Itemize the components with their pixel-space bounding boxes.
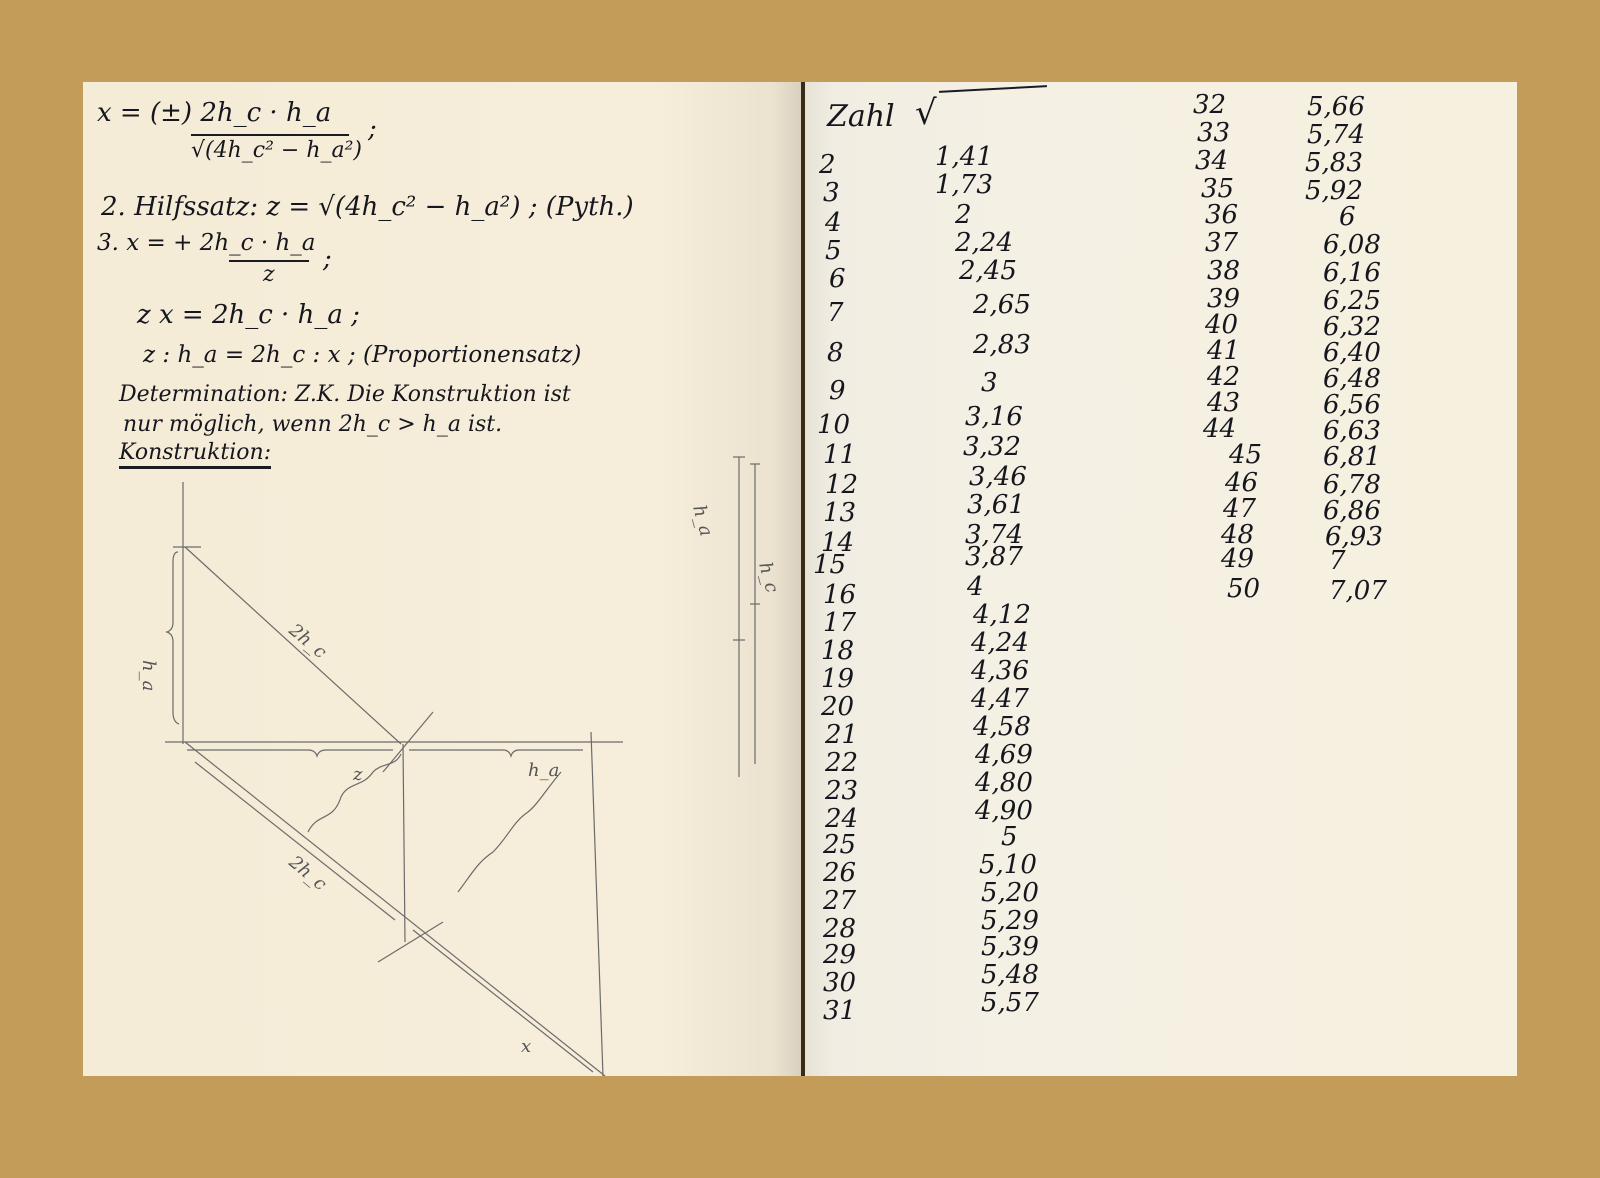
table-cell-root: 4,24 — [971, 630, 1029, 656]
table-cell-root: 2,45 — [959, 258, 1017, 284]
table-cell-number: 37 — [1205, 230, 1238, 256]
table-cell-root: 4 — [967, 574, 984, 600]
table-cell-number: 6 — [829, 266, 846, 292]
table-cell-number: 46 — [1225, 470, 1258, 496]
table-cell-root: 7,07 — [1329, 578, 1387, 604]
table-cell-number: 40 — [1205, 312, 1238, 338]
table-cell-root: 5,66 — [1307, 94, 1365, 120]
table-cell-number: 26 — [823, 860, 856, 886]
table-cell-root: 6,08 — [1323, 232, 1381, 258]
table-cell-root: 5,39 — [981, 934, 1039, 960]
table-cell-number: 17 — [823, 610, 856, 636]
table-cell-root: 5,74 — [1307, 122, 1365, 148]
table-cell-number: 42 — [1207, 364, 1240, 390]
table-cell-number: 29 — [823, 942, 856, 968]
table-cell-number: 25 — [823, 832, 856, 858]
table-cell-root: 6,86 — [1323, 498, 1381, 524]
notebook-spread: x = (±) 2h_c · h_a √(4h_c² − h_a²) ; 2. … — [83, 82, 1517, 1076]
root-bar — [939, 85, 1047, 93]
label-ha-lower: h_a — [528, 760, 559, 781]
table-cell-root: 5,57 — [981, 990, 1039, 1016]
table-cell-number: 49 — [1221, 546, 1254, 572]
table-cell-root: 4,12 — [973, 602, 1031, 628]
table-cell-number: 16 — [823, 582, 856, 608]
table-cell-root: 6,40 — [1323, 340, 1381, 366]
table-cell-number: 33 — [1197, 120, 1230, 146]
table-cell-root: 2,65 — [973, 292, 1031, 318]
table-cell-number: 21 — [825, 722, 858, 748]
table-cell-root: 3,16 — [965, 404, 1023, 430]
table-cell-root: 1,41 — [935, 144, 993, 170]
table-cell-root: 4,36 — [971, 658, 1029, 684]
table-cell-root: 1,73 — [935, 172, 993, 198]
table-cell-number: 50 — [1227, 576, 1260, 602]
table-cell-root: 3 — [981, 370, 998, 396]
table-cell-root: 4,80 — [975, 770, 1033, 796]
table-cell-root: 5,92 — [1305, 178, 1363, 204]
table-cell-number: 22 — [825, 750, 858, 776]
table-header-number: Zahl — [827, 102, 895, 132]
table-cell-root: 3,87 — [965, 544, 1023, 570]
table-cell-number: 28 — [823, 916, 856, 942]
table-cell-root: 3,61 — [967, 492, 1025, 518]
left-page: x = (±) 2h_c · h_a √(4h_c² − h_a²) ; 2. … — [83, 82, 801, 1076]
table-cell-number: 32 — [1193, 92, 1226, 118]
table-cell-root: 5,83 — [1305, 150, 1363, 176]
table-cell-number: 4 — [825, 210, 842, 236]
table-cell-root: 6,16 — [1323, 260, 1381, 286]
table-cell-number: 12 — [825, 472, 858, 498]
table-cell-root: 4,69 — [975, 742, 1033, 768]
table-cell-number: 5 — [825, 238, 842, 264]
table-cell-root: 6,48 — [1323, 366, 1381, 392]
table-cell-number: 43 — [1207, 390, 1240, 416]
right-page: Zahl √ 21,4131,734252,2462,4572,6582,839… — [805, 82, 1517, 1076]
table-cell-number: 35 — [1201, 176, 1234, 202]
table-cell-root: 4,90 — [975, 798, 1033, 824]
table-cell-root: 5,29 — [981, 908, 1039, 934]
construction-diagram: 2h_c h_a z h_a 2h_c x h_a h_c — [83, 82, 801, 1076]
label-2hc-lower: 2h_c — [284, 851, 331, 895]
scale-label-ha: h_a — [688, 503, 716, 539]
table-cell-root: 4,47 — [971, 686, 1029, 712]
label-x: x — [521, 1036, 531, 1057]
table-cell-number: 18 — [821, 638, 854, 664]
table-cell-number: 11 — [823, 442, 856, 468]
table-cell-root: 6,81 — [1323, 444, 1381, 470]
table-cell-root: 6 — [1339, 204, 1356, 230]
table-cell-number: 9 — [829, 378, 846, 404]
table-cell-number: 30 — [823, 970, 856, 996]
table-cell-root: 5,10 — [979, 852, 1037, 878]
table-cell-root: 6,78 — [1323, 472, 1381, 498]
table-cell-root: 7 — [1329, 548, 1346, 574]
table-cell-number: 36 — [1205, 202, 1238, 228]
table-cell-number: 23 — [825, 778, 858, 804]
table-cell-number: 31 — [823, 998, 856, 1024]
table-header-root: √ — [915, 96, 937, 130]
table-cell-number: 47 — [1223, 496, 1256, 522]
label-ha-left: h_a — [138, 660, 159, 691]
table-cell-number: 20 — [821, 694, 854, 720]
label-z: z — [352, 764, 363, 785]
table-cell-number: 3 — [823, 180, 840, 206]
table-cell-number: 45 — [1229, 442, 1262, 468]
table-cell-number: 41 — [1207, 338, 1240, 364]
table-cell-number: 7 — [827, 300, 844, 326]
table-cell-root: 5 — [1001, 824, 1018, 850]
table-cell-number: 24 — [825, 806, 858, 832]
table-cell-root: 2,24 — [955, 230, 1013, 256]
table-cell-number: 2 — [819, 152, 836, 178]
table-cell-root: 4,58 — [973, 714, 1031, 740]
table-cell-root: 6,56 — [1323, 392, 1381, 418]
table-cell-root: 6,63 — [1323, 418, 1381, 444]
table-cell-number: 44 — [1203, 416, 1236, 442]
table-cell-number: 15 — [813, 552, 846, 578]
label-2hc-upper: 2h_c — [284, 619, 331, 663]
table-cell-root: 6,25 — [1323, 288, 1381, 314]
table-cell-number: 13 — [823, 500, 856, 526]
table-cell-root: 6,32 — [1323, 314, 1381, 340]
table-cell-root: 2,83 — [973, 332, 1031, 358]
table-cell-number: 8 — [827, 340, 844, 366]
table-cell-number: 34 — [1195, 148, 1228, 174]
table-cell-root: 2 — [955, 202, 972, 228]
table-cell-number: 19 — [821, 666, 854, 692]
table-cell-root: 3,32 — [963, 434, 1021, 460]
scale-label-hc: h_c — [754, 560, 782, 595]
table-cell-root: 5,48 — [981, 962, 1039, 988]
table-cell-root: 5,20 — [981, 880, 1039, 906]
table-cell-number: 27 — [823, 888, 856, 914]
table-cell-number: 39 — [1207, 286, 1240, 312]
table-cell-number: 10 — [817, 412, 850, 438]
table-cell-root: 3,46 — [969, 464, 1027, 490]
table-cell-number: 38 — [1207, 258, 1240, 284]
